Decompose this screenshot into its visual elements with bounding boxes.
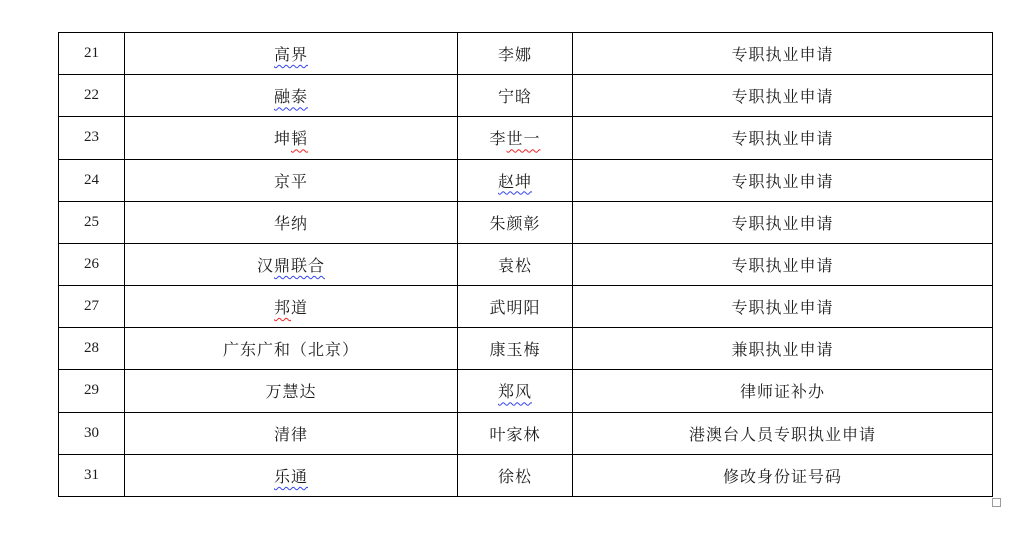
table-row: 25华纳朱颜彰专职执业申请 bbox=[59, 201, 993, 243]
spellcheck-red-wavy-text: 世一 bbox=[507, 131, 541, 148]
cell-row-number[interactable]: 24 bbox=[59, 159, 125, 201]
cell-person-name[interactable]: 袁松 bbox=[458, 243, 573, 285]
cell-application-type[interactable]: 兼职执业申请 bbox=[573, 328, 993, 370]
cell-text: 徐松 bbox=[498, 469, 532, 486]
cell-row-number[interactable]: 30 bbox=[59, 412, 125, 454]
spellcheck-blue-wavy-text: 高界 bbox=[274, 47, 308, 64]
cell-text: 袁松 bbox=[498, 258, 532, 275]
spellcheck-blue-wavy-text: 鼎联合 bbox=[274, 258, 325, 275]
cell-text: 广东广和（北京） bbox=[223, 342, 359, 359]
table-row: 30清律叶家林港澳台人员专职执业申请 bbox=[59, 412, 993, 454]
cell-person-name[interactable]: 赵坤 bbox=[458, 159, 573, 201]
cell-row-number[interactable]: 23 bbox=[59, 117, 125, 159]
table-row: 24京平赵坤专职执业申请 bbox=[59, 159, 993, 201]
cell-row-number[interactable]: 27 bbox=[59, 286, 125, 328]
spellcheck-blue-wavy-text: 融泰 bbox=[274, 89, 308, 106]
cell-person-name[interactable]: 李世一 bbox=[458, 117, 573, 159]
cell-application-type[interactable]: 专职执业申请 bbox=[573, 286, 993, 328]
cell-firm-name[interactable]: 京平 bbox=[125, 159, 458, 201]
cell-text: 叶家林 bbox=[489, 427, 540, 444]
cell-text: 万慧达 bbox=[265, 384, 316, 401]
cell-row-number[interactable]: 21 bbox=[59, 33, 125, 75]
cell-firm-name[interactable]: 清律 bbox=[125, 412, 458, 454]
spellcheck-blue-wavy-text: 赵坤 bbox=[498, 174, 532, 191]
cell-text: 朱颜彰 bbox=[489, 216, 540, 233]
cell-firm-name[interactable]: 坤韬 bbox=[125, 117, 458, 159]
cell-person-name[interactable]: 宁晗 bbox=[458, 75, 573, 117]
table-row: 23坤韬李世一专职执业申请 bbox=[59, 117, 993, 159]
spellcheck-blue-wavy-text: 乐通 bbox=[274, 469, 308, 486]
cell-text: 康玉梅 bbox=[489, 342, 540, 359]
table-row: 28广东广和（北京）康玉梅兼职执业申请 bbox=[59, 328, 993, 370]
cell-application-type[interactable]: 专职执业申请 bbox=[573, 75, 993, 117]
cell-row-number[interactable]: 22 bbox=[59, 75, 125, 117]
cell-firm-name[interactable]: 乐通 bbox=[125, 454, 458, 496]
cell-firm-name[interactable]: 汉鼎联合 bbox=[125, 243, 458, 285]
cell-firm-name[interactable]: 融泰 bbox=[125, 75, 458, 117]
cell-person-name[interactable]: 叶家林 bbox=[458, 412, 573, 454]
cell-text: 汉 bbox=[257, 258, 274, 275]
cell-person-name[interactable]: 李娜 bbox=[458, 33, 573, 75]
cell-row-number[interactable]: 31 bbox=[59, 454, 125, 496]
spellcheck-red-wavy-text: 邦 bbox=[274, 300, 291, 317]
cell-text: 李娜 bbox=[498, 47, 532, 64]
cell-application-type[interactable]: 专职执业申请 bbox=[573, 33, 993, 75]
cell-firm-name[interactable]: 广东广和（北京） bbox=[125, 328, 458, 370]
cell-text: 李 bbox=[489, 131, 506, 148]
table-row: 22融泰宁晗专职执业申请 bbox=[59, 75, 993, 117]
applications-table-body: 21高界李娜专职执业申请22融泰宁晗专职执业申请23坤韬李世一专职执业申请24京… bbox=[59, 33, 993, 497]
cell-application-type[interactable]: 修改身份证号码 bbox=[573, 454, 993, 496]
table-row: 26汉鼎联合袁松专职执业申请 bbox=[59, 243, 993, 285]
cell-text: 清律 bbox=[274, 427, 308, 444]
spellcheck-red-wavy-text: 韬 bbox=[291, 131, 308, 148]
cell-text: 坤 bbox=[274, 131, 291, 148]
cell-text: 华纳 bbox=[274, 216, 308, 233]
cell-text: 京平 bbox=[274, 174, 308, 191]
cell-application-type[interactable]: 专职执业申请 bbox=[573, 117, 993, 159]
cell-row-number[interactable]: 26 bbox=[59, 243, 125, 285]
spellcheck-blue-wavy-text: 郑风 bbox=[498, 384, 532, 401]
cell-application-type[interactable]: 专职执业申请 bbox=[573, 201, 993, 243]
cell-application-type[interactable]: 律师证补办 bbox=[573, 370, 993, 412]
cell-row-number[interactable]: 25 bbox=[59, 201, 125, 243]
cell-row-number[interactable]: 29 bbox=[59, 370, 125, 412]
cell-text: 武明阳 bbox=[489, 300, 540, 317]
table-row: 27邦道武明阳专职执业申请 bbox=[59, 286, 993, 328]
cell-firm-name[interactable]: 万慧达 bbox=[125, 370, 458, 412]
cell-firm-name[interactable]: 邦道 bbox=[125, 286, 458, 328]
cell-text: 道 bbox=[291, 300, 308, 317]
cell-application-type[interactable]: 港澳台人员专职执业申请 bbox=[573, 412, 993, 454]
table-row: 21高界李娜专职执业申请 bbox=[59, 33, 993, 75]
table-row: 31乐通徐松修改身份证号码 bbox=[59, 454, 993, 496]
cell-person-name[interactable]: 朱颜彰 bbox=[458, 201, 573, 243]
cell-firm-name[interactable]: 华纳 bbox=[125, 201, 458, 243]
cell-application-type[interactable]: 专职执业申请 bbox=[573, 159, 993, 201]
cell-person-name[interactable]: 康玉梅 bbox=[458, 328, 573, 370]
table-resize-handle-icon[interactable] bbox=[992, 498, 1001, 507]
cell-text: 宁晗 bbox=[498, 89, 532, 106]
applications-table: 21高界李娜专职执业申请22融泰宁晗专职执业申请23坤韬李世一专职执业申请24京… bbox=[58, 32, 993, 497]
cell-firm-name[interactable]: 高界 bbox=[125, 33, 458, 75]
cell-person-name[interactable]: 郑风 bbox=[458, 370, 573, 412]
cell-application-type[interactable]: 专职执业申请 bbox=[573, 243, 993, 285]
cell-row-number[interactable]: 28 bbox=[59, 328, 125, 370]
table-row: 29万慧达郑风律师证补办 bbox=[59, 370, 993, 412]
cell-person-name[interactable]: 徐松 bbox=[458, 454, 573, 496]
cell-person-name[interactable]: 武明阳 bbox=[458, 286, 573, 328]
